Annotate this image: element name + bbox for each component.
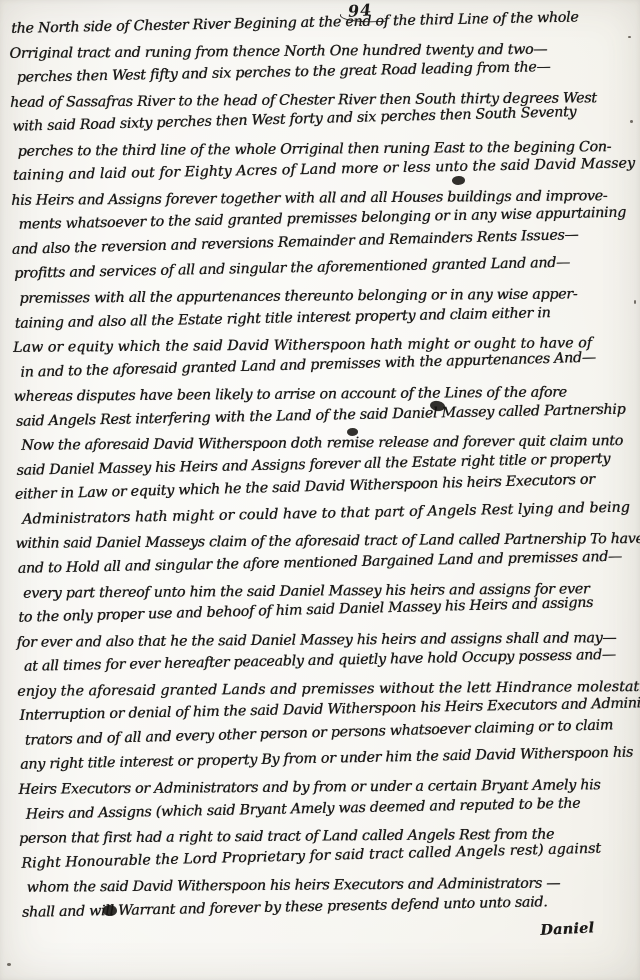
manuscript-page: 94 the North side of Chester River Begin…: [0, 0, 640, 980]
manuscript-text: the North side of Chester River Begining…: [0, 9, 640, 943]
ink-speck: [634, 300, 636, 304]
ink-speck: [7, 963, 11, 966]
ink-blot: [103, 905, 117, 916]
catchword: Daniel: [540, 916, 640, 940]
ink-speck: [630, 120, 633, 123]
ink-speck: [628, 36, 631, 38]
page-number: 94: [347, 0, 373, 21]
manuscript-line: the North side of Chester River Begining…: [11, 4, 640, 42]
